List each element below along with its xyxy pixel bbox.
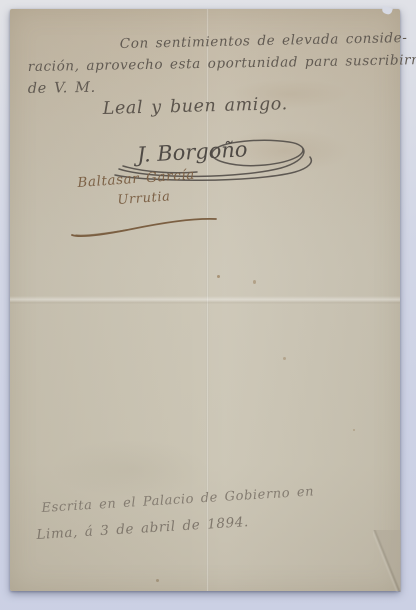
annotation-name: Baltasar García <box>77 167 196 191</box>
foxing-spot <box>156 579 159 582</box>
closing-salutation: Leal y buen amigo. <box>102 94 288 119</box>
body-line-2: ración, aprovecho esta oportunidad para … <box>28 52 416 75</box>
body-line-1: Con sentimientos de elevada conside- <box>120 30 408 52</box>
annotation-surname: Urrutia <box>117 189 171 208</box>
foxing-spot <box>217 275 220 278</box>
body-line-3: de V. M. <box>28 80 96 97</box>
foxing-spot <box>283 357 286 360</box>
horizontal-fold-crease <box>10 296 400 304</box>
torn-edge-notch <box>381 6 393 16</box>
footer-place-line: Escrita en el Palacio de Gobierno en <box>41 484 314 516</box>
paper-stain <box>50 439 210 499</box>
corner-crease <box>373 530 401 592</box>
foxing-spot <box>253 280 256 284</box>
signature-name: J. Borgoño <box>132 137 248 167</box>
letter-page: Con sentimientos de elevada conside- rac… <box>10 9 400 591</box>
foxing-spot <box>353 429 355 431</box>
footer-date-line: Lima, á 3 de abril de 1894. <box>36 514 249 543</box>
photo-background: Con sentimientos de elevada conside- rac… <box>0 0 416 610</box>
annotation-underline <box>68 211 220 241</box>
